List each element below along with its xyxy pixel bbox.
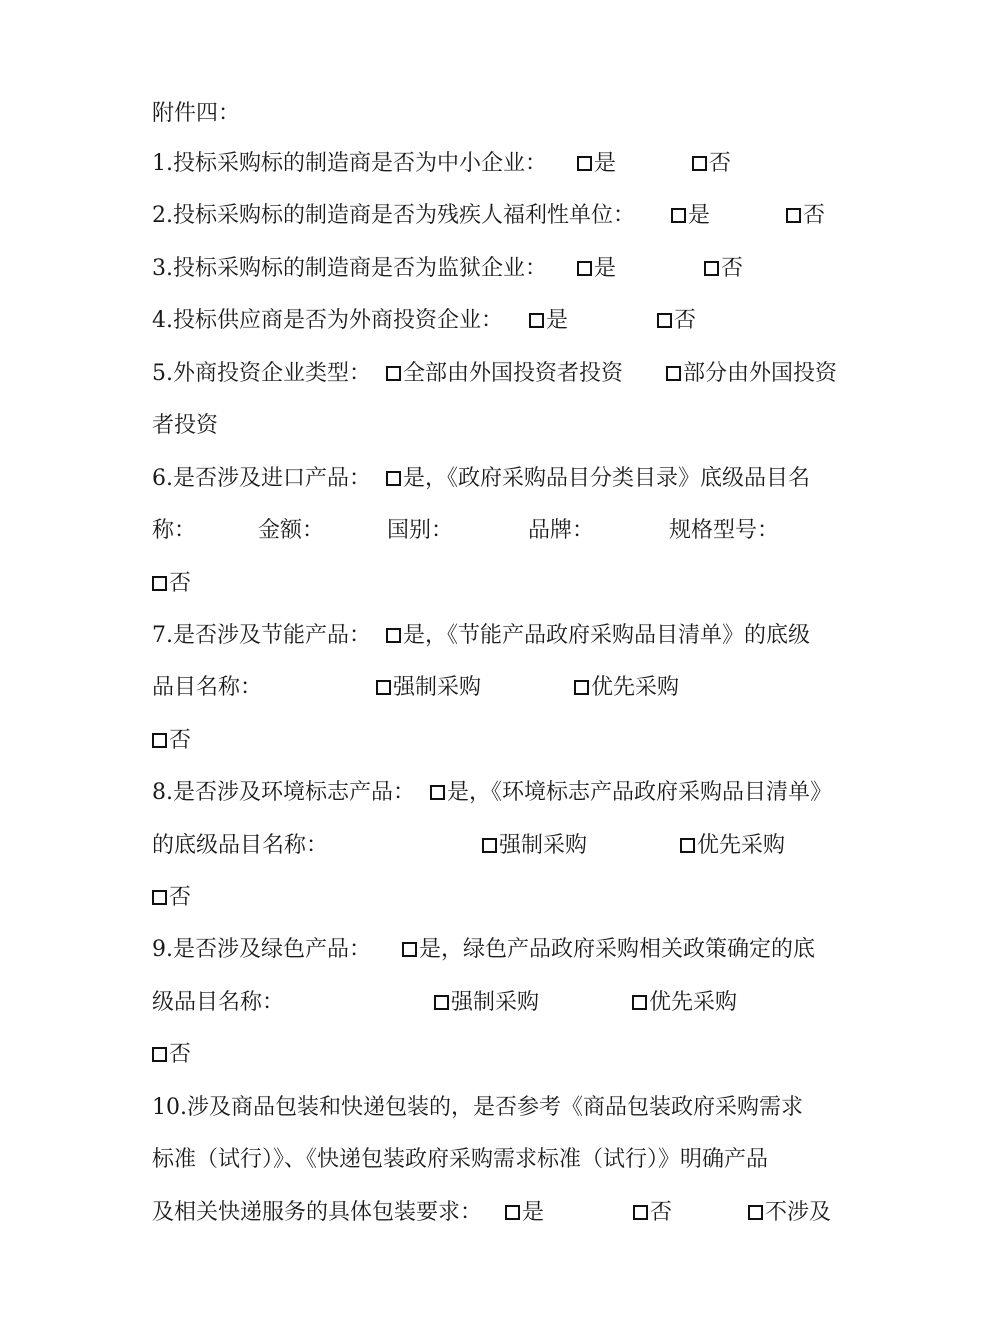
item-8-no: 否: [0, 878, 1000, 918]
checkbox-icon[interactable]: [786, 208, 801, 223]
checkbox-icon[interactable]: [386, 471, 401, 486]
checkbox-icon[interactable]: [657, 313, 672, 328]
checkbox-icon[interactable]: [386, 366, 401, 381]
item-number: 4.: [152, 308, 173, 333]
item-number: 7.: [152, 623, 173, 648]
checkbox-icon[interactable]: [680, 838, 695, 853]
option-fully-foreign[interactable]: 全部由外国投资者投资: [386, 354, 623, 394]
checkbox-icon[interactable]: [386, 628, 401, 643]
item-1: 1.投标采购标的制造商是否为中小企业： 是 否: [0, 144, 1000, 184]
field-name-label: 称：: [152, 511, 196, 551]
checkbox-icon[interactable]: [152, 1047, 167, 1062]
item-9: 9.是否涉及绿色产品： 是，绿色产品政府采购相关政策确定的底: [0, 930, 1000, 970]
field-country-label: 国别：: [387, 511, 453, 551]
option-priority[interactable]: 优先采购: [574, 668, 679, 708]
question-text: 投标采购标的制造商是否为监狱企业：: [173, 256, 547, 281]
item-4: 4.投标供应商是否为外商投资企业： 是 否: [0, 301, 1000, 341]
checkbox-icon[interactable]: [666, 366, 681, 381]
option-not-applicable[interactable]: 不涉及: [748, 1193, 831, 1233]
option-yes[interactable]: 是: [671, 196, 710, 236]
checkbox-icon[interactable]: [482, 838, 497, 853]
option-no[interactable]: 否: [152, 878, 191, 918]
continuation-label: 级品目名称：: [152, 983, 284, 1023]
item-number: 1.: [152, 151, 173, 176]
checkbox-icon[interactable]: [434, 995, 449, 1010]
option-mandatory[interactable]: 强制采购: [376, 668, 481, 708]
option-no[interactable]: 否: [657, 301, 696, 341]
option-no[interactable]: 否: [152, 721, 191, 761]
field-amount-label: 金额：: [258, 511, 324, 551]
checkbox-icon[interactable]: [671, 208, 686, 223]
field-brand-label: 品牌：: [528, 511, 594, 551]
checkbox-icon[interactable]: [704, 261, 719, 276]
checkbox-icon[interactable]: [152, 733, 167, 748]
item-number: 2.: [152, 203, 173, 228]
item-5-continuation: 者投资: [0, 406, 1000, 446]
option-yes[interactable]: 是: [577, 144, 616, 184]
item-10-line-3: 及相关快递服务的具体包装要求： 是 否 不涉及: [0, 1193, 1000, 1233]
option-yes[interactable]: 是，绿色产品政府采购相关政策确定的底: [402, 930, 815, 970]
option-partially-foreign[interactable]: 部分由外国投资: [666, 354, 837, 394]
question-text: 是否涉及进口产品：: [173, 466, 371, 491]
item-7: 7.是否涉及节能产品： 是，《节能产品政府采购品目清单》的底级: [0, 616, 1000, 656]
item-6-fields: 称： 金额： 国别： 品牌： 规格型号：: [0, 511, 1000, 551]
checkbox-icon[interactable]: [505, 1205, 520, 1220]
checkbox-icon[interactable]: [430, 785, 445, 800]
checkbox-icon[interactable]: [577, 156, 592, 171]
question-text: 是否涉及绿色产品：: [173, 937, 371, 962]
checkbox-icon[interactable]: [152, 890, 167, 905]
option-no[interactable]: 否: [633, 1193, 672, 1233]
attachment-heading-line: 附件四：: [0, 94, 1000, 134]
item-10-line-2: 标准（试行）》、《快递包装政府采购需求标准（试行）》明确产品: [0, 1140, 1000, 1180]
option-no[interactable]: 否: [704, 249, 743, 289]
item-7-subline: 品目名称： 强制采购 优先采购: [0, 668, 1000, 708]
question-text: 标准（试行）》、《快递包装政府采购需求标准（试行）》明确产品: [152, 1140, 768, 1180]
item-number: 9.: [152, 937, 173, 962]
option-no[interactable]: 否: [152, 1035, 191, 1075]
field-model-label: 规格型号：: [669, 511, 779, 551]
option-no[interactable]: 否: [692, 144, 731, 184]
checkbox-icon[interactable]: [574, 680, 589, 695]
item-8: 8.是否涉及环境标志产品： 是，《环境标志产品政府采购品目清单》: [0, 773, 1000, 813]
question-text: 及相关快递服务的具体包装要求：: [152, 1193, 482, 1233]
checkbox-icon[interactable]: [577, 261, 592, 276]
item-3: 3.投标采购标的制造商是否为监狱企业： 是 否: [0, 249, 1000, 289]
option-yes[interactable]: 是，《节能产品政府采购品目清单》的底级: [386, 616, 810, 656]
question-text: 涉及商品包装和快递包装的，是否参考《商品包装政府采购需求: [187, 1095, 803, 1120]
item-9-subline: 级品目名称： 强制采购 优先采购: [0, 983, 1000, 1023]
checkbox-icon[interactable]: [692, 156, 707, 171]
item-number: 3.: [152, 256, 173, 281]
question-text: 是否涉及节能产品：: [173, 623, 371, 648]
checkbox-icon[interactable]: [748, 1205, 763, 1220]
option-priority[interactable]: 优先采购: [680, 826, 785, 866]
option-mandatory[interactable]: 强制采购: [434, 983, 539, 1023]
checkbox-icon[interactable]: [152, 576, 167, 591]
continuation-label: 品目名称：: [152, 668, 262, 708]
option-yes[interactable]: 是，《环境标志产品政府采购品目清单》: [430, 773, 832, 813]
question-text: 是否涉及环境标志产品：: [173, 780, 415, 805]
continuation-label: 的底级品目名称：: [152, 826, 328, 866]
item-6-no: 否: [0, 564, 1000, 604]
question-text: 外商投资企业类型：: [173, 361, 371, 386]
option-yes[interactable]: 是: [505, 1193, 544, 1233]
item-number: 6.: [152, 466, 173, 491]
question-text: 投标采购标的制造商是否为中小企业：: [173, 151, 547, 176]
option-yes[interactable]: 是，《政府采购品目分类目录》底级品目名: [386, 459, 810, 499]
checkbox-icon[interactable]: [632, 995, 647, 1010]
option-no[interactable]: 否: [786, 196, 825, 236]
item-10: 10.涉及商品包装和快递包装的，是否参考《商品包装政府采购需求: [0, 1088, 1000, 1128]
option-yes[interactable]: 是: [529, 301, 568, 341]
item-2: 2.投标采购标的制造商是否为残疾人福利性单位： 是 否: [0, 196, 1000, 236]
checkbox-icon[interactable]: [402, 942, 417, 957]
question-text: 投标采购标的制造商是否为残疾人福利性单位：: [173, 203, 635, 228]
item-number: 8.: [152, 780, 173, 805]
checkbox-icon[interactable]: [529, 313, 544, 328]
question-text: 投标供应商是否为外商投资企业：: [173, 308, 503, 333]
checkbox-icon[interactable]: [376, 680, 391, 695]
option-no[interactable]: 否: [152, 564, 191, 604]
item-9-no: 否: [0, 1035, 1000, 1075]
item-number: 10.: [152, 1095, 187, 1120]
item-number: 5.: [152, 361, 173, 386]
item-5: 5.外商投资企业类型： 全部由外国投资者投资 部分由外国投资: [0, 354, 1000, 394]
option-priority[interactable]: 优先采购: [632, 983, 737, 1023]
option-yes[interactable]: 是: [577, 249, 616, 289]
item-6: 6.是否涉及进口产品： 是，《政府采购品目分类目录》底级品目名: [0, 459, 1000, 499]
option-mandatory[interactable]: 强制采购: [482, 826, 587, 866]
item-7-no: 否: [0, 721, 1000, 761]
checkbox-icon[interactable]: [633, 1205, 648, 1220]
attachment-heading: 附件四：: [152, 94, 240, 134]
item-8-subline: 的底级品目名称： 强制采购 优先采购: [0, 826, 1000, 866]
continuation-text: 者投资: [152, 406, 218, 446]
